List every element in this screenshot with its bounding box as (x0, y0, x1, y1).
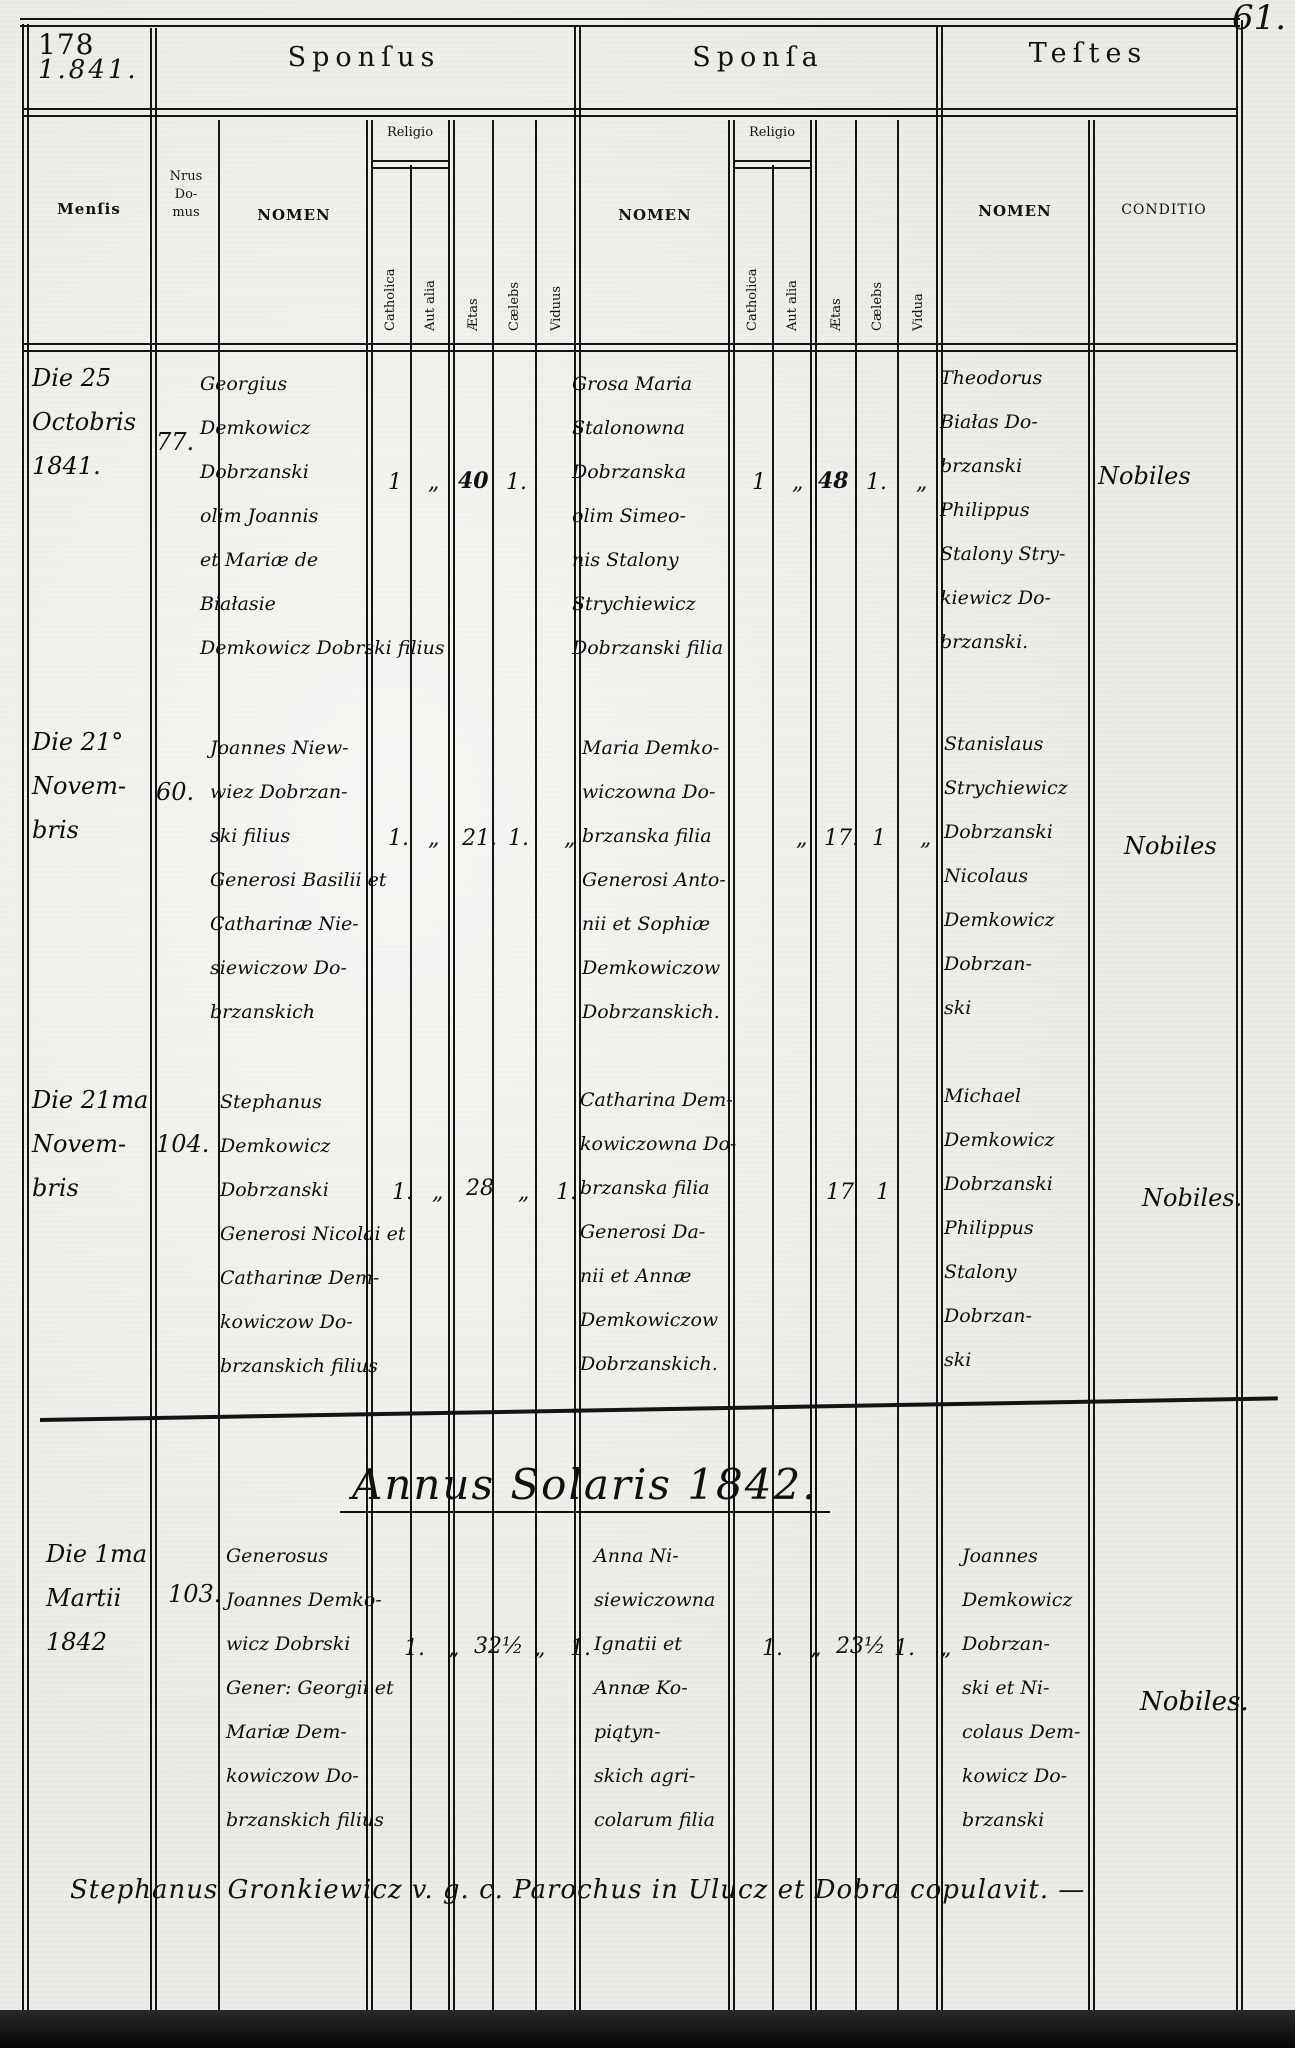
divider-sponsa-caelebs (897, 120, 899, 2014)
entry-4-date: Die 1ma Martii 1842 (46, 1532, 147, 1664)
entry-1-sponsus-aetas: 40 (458, 468, 489, 494)
sponsus-religio-divider (372, 160, 448, 162)
entry-2-sponsus-viduus: „ (564, 826, 575, 851)
col-sponsus-religio: Religio (372, 124, 448, 142)
entry-4-sponsus-name: Generosus Joannes Demko- wicz Dobrski Ge… (226, 1534, 394, 1842)
entry-4-sponsa-name: Anna Ni- siewiczowna Ignatii et Annæ Ko-… (594, 1534, 715, 1842)
left-border (22, 24, 24, 2014)
entry-4-testes-conditio: Nobiles. (1140, 1680, 1249, 1724)
col-sponsa-religio: Religio (734, 124, 810, 142)
divider-sponsa-religio (810, 120, 812, 2014)
entry-1-house-number: 77. (156, 428, 194, 456)
divider-mensis (150, 28, 152, 2014)
entry-2-sponsus-aetas: 21. (462, 826, 497, 851)
entry-3-sponsus-catholica: 1. (392, 1180, 413, 1205)
col-testes-nomen: NOMEN (942, 202, 1088, 220)
col-sponsus-viduus: Viduus (549, 286, 564, 331)
col-sponsus-catholica: Catholica (383, 269, 398, 331)
entry-4-sponsus-aut-alia: „ (448, 1636, 459, 1661)
entry-2-sponsus-caelebs: 1. (508, 826, 529, 851)
entry-4-house-number: 103. (168, 1580, 221, 1608)
register-year-written: 1.841. (38, 55, 139, 85)
divider-sponsus-sponsa (574, 26, 576, 2014)
entry-3-sponsa-name: Catharina Dem- kowiczowna Do- brzanska f… (580, 1078, 736, 1386)
group-sponsus: Sponſus (154, 42, 574, 73)
divider-sponsa-testes (936, 26, 938, 2014)
header-bottom-divider (24, 343, 1238, 345)
entry-3-sponsus-name: Stephanus Demkowicz Dobrzanski Generosi … (220, 1080, 405, 1388)
col-sponsus-caelebs: Cælebs (507, 282, 522, 331)
col-sponsa-aut-alia: Aut alia (785, 280, 800, 331)
col-nrus-line2: Do- (175, 187, 198, 202)
col-sponsa-catholica: Catholica (745, 269, 760, 331)
entry-4-sponsa-aetas: 23½ (836, 1634, 885, 1659)
entry-1-sponsus-aut-alia: „ (428, 470, 439, 495)
entry-4-sponsus-aetas: 32½ (474, 1634, 523, 1659)
entry-4-testes-names: Joannes Demkowicz Dobrzan- ski et Ni- co… (962, 1534, 1080, 1842)
col-sponsus-nomen: NOMEN (222, 206, 366, 224)
entry-4-sponsus-catholica: 1. (404, 1636, 425, 1661)
entry-3-sponsa-aetas: 17 (826, 1180, 854, 1205)
divider-sponsa-nomen (728, 120, 730, 2014)
entry-3-testes-names: Michael Demkowicz Dobrzanski Philippus S… (944, 1074, 1054, 1382)
year-section-heading: Annus Solaris 1842. (340, 1460, 830, 1513)
col-mensis: Menſis (28, 200, 150, 218)
entry-4-sponsa-caelebs: 1. (894, 1636, 915, 1661)
entry-2-sponsus-catholica: 1. (388, 826, 409, 851)
entry-1-sponsus-caelebs: 1. (506, 470, 527, 495)
col-sponsa-nomen: NOMEN (582, 206, 728, 224)
entry-4-sponsus-caelebs: „ (534, 1636, 545, 1661)
col-nrus-domus: Nrus Do- mus (155, 168, 217, 222)
entry-2-testes-conditio: Nobiles (1124, 824, 1217, 868)
entry-2-sponsa-caelebs: 1 (872, 826, 886, 851)
group-testes: Teſtes (940, 38, 1236, 69)
entry-2-testes-names: Stanislaus Strychiewicz Dobrzanski Nicol… (944, 722, 1068, 1030)
entry-1-sponsa-aut-alia: „ (792, 470, 803, 495)
entry-2-sponsus-name: Joannes Niew- wiez Dobrzan- ski filius G… (210, 726, 387, 1034)
col-testes-conditio: CONDITIO (1092, 202, 1236, 218)
divider-sponsus-religio (448, 120, 450, 2014)
group-header-divider (24, 108, 1236, 110)
entry-2-house-number: 60. (156, 778, 194, 806)
sponsa-religio-divider (734, 160, 810, 162)
entry-2-sponsa-aut-alia: „ (796, 826, 807, 851)
entry-3-sponsus-caelebs: „ (518, 1180, 529, 1205)
entry-1-sponsa-catholica: 1 (752, 470, 766, 495)
entry-3-testes-conditio: Nobiles. (1142, 1176, 1242, 1220)
entry-1-sponsa-aetas: 48 (818, 468, 849, 494)
entry-3-sponsus-aut-alia: „ (432, 1180, 443, 1205)
divider-sponsa-aetas (855, 120, 857, 2014)
col-nrus-line1: Nrus (170, 169, 203, 184)
entry-1-sponsa-caelebs: 1. (866, 470, 887, 495)
entry-1-date: Die 25 Octobris 1841. (32, 356, 136, 488)
entry-1-testes-names: Theodorus Białas Do- brzanski Philippus … (940, 356, 1065, 664)
divider-testes-nomen (1088, 120, 1090, 2014)
divider-sponsa-catholica (772, 165, 774, 2014)
entry-2-date: Die 21° Novem- bris (32, 720, 126, 852)
entry-4-sponsa-catholica: 1. (762, 1636, 783, 1661)
scan-bottom-edge (0, 2010, 1295, 2048)
entry-2-sponsus-aut-alia: „ (428, 826, 439, 851)
col-sponsa-vidua: Vidua (911, 293, 926, 331)
register-number: 178 1.841. (38, 28, 139, 85)
entry-4-sponsa-aut-alia: „ (810, 1636, 821, 1661)
divider-sponsus-aetas (492, 120, 494, 2014)
entry-2-sponsa-vidua: „ (920, 826, 931, 851)
entry-3-house-number: 104. (156, 1130, 209, 1158)
entry-3-sponsa-caelebs: 1 (876, 1180, 890, 1205)
entry-1-sponsus-name: Georgius Demkowicz Dobrzanski olim Joann… (200, 362, 445, 670)
col-sponsa-caelebs: Cælebs (870, 282, 885, 331)
entry-1-testes-conditio: Nobiles (1098, 454, 1191, 498)
register-page: 61. 178 1.841. Sponſus Sponſa Teſtes Men… (0, 0, 1295, 2048)
group-sponsa: Sponſa (580, 42, 936, 73)
entry-1-sponsa-vidua: „ (916, 470, 927, 495)
entry-4-sponsa-vidua: „ (940, 1636, 951, 1661)
col-sponsa-aetas: Ætas (829, 298, 844, 331)
col-nrus-line3: mus (172, 205, 199, 220)
entry-1-sponsa-name: Grosa Maria Stalonowna Dobrzanska olim S… (572, 362, 723, 670)
col-sponsus-aut-alia: Aut alia (423, 280, 438, 331)
entry-3-sponsus-viduus: 1. (556, 1180, 577, 1205)
col-sponsus-aetas: Ætas (466, 298, 481, 331)
entry-3-sponsus-aetas: 28 (466, 1176, 494, 1201)
page-number: 61. (1232, 0, 1286, 38)
year-section-divider (40, 1396, 1278, 1422)
divider-sponsus-caelebs (535, 120, 537, 2014)
entry-2-sponsa-name: Maria Demko- wiczowna Do- brzanska filia… (582, 726, 726, 1034)
entry-4-sponsus-viduus: 1. (570, 1636, 591, 1661)
officiant-note: Stephanus Gronkiewicz v. g. c. Parochus … (70, 1875, 1085, 1905)
entry-2-sponsa-aetas: 17. (824, 826, 859, 851)
entry-1-sponsus-catholica: 1 (388, 470, 402, 495)
entry-3-date: Die 21ma Novem- bris (32, 1078, 148, 1210)
top-border (20, 18, 1240, 20)
